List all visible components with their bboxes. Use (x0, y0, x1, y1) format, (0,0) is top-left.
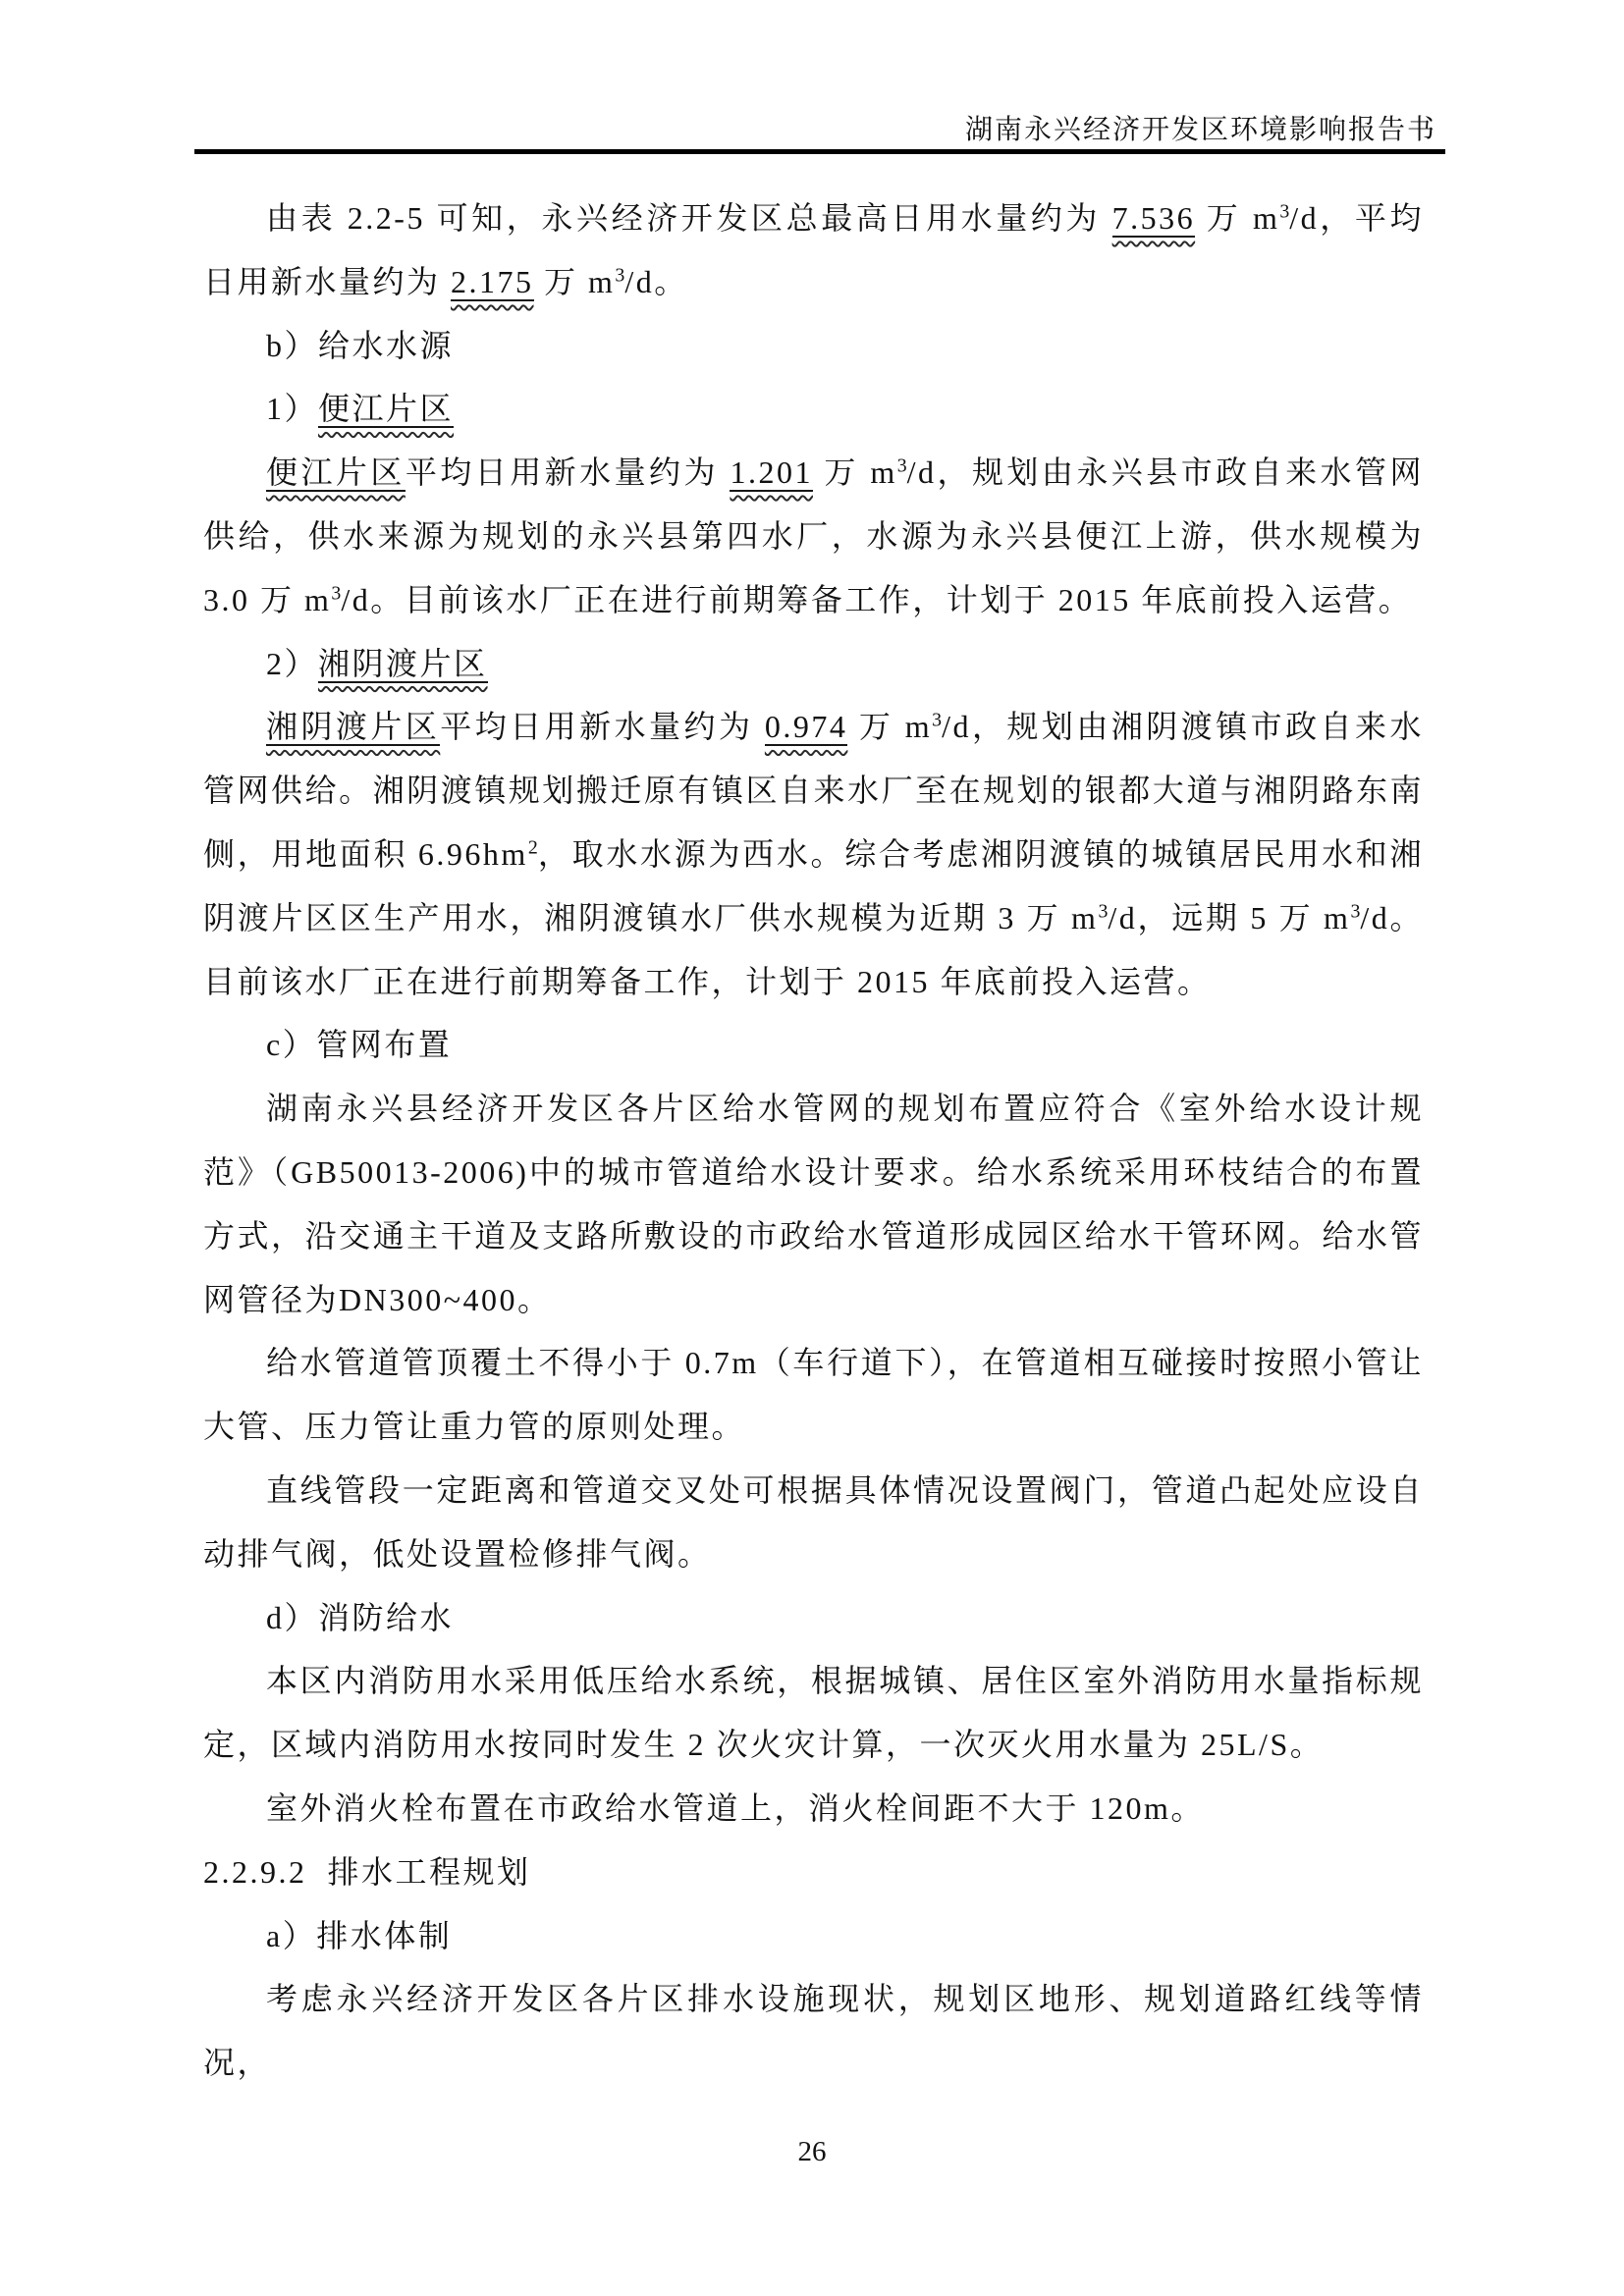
underlined-term: 便江片区 (318, 391, 454, 428)
sub-heading: d）消防给水 (203, 1586, 1424, 1650)
paragraph: 室外消火栓布置在市政给水管道上，消火栓间距不大于 120m。 (203, 1777, 1424, 1841)
text-run: 2.2.9.2 排水工程规划 (203, 1854, 531, 1890)
text-run: 由表 2.2-5 可知，永兴经济开发区总最高日用水量约为 (266, 200, 1112, 236)
superscript: 3 (331, 582, 341, 604)
superscript: 3 (897, 455, 907, 477)
paragraph: 湖南永兴县经济开发区各片区给水管网的规划布置应符合《室外给水设计规范》（GB50… (203, 1077, 1424, 1331)
sub-heading: c）管网布置 (203, 1013, 1424, 1077)
paragraph: 便江片区平均日用新水量约为 1.201 万 m3/d，规划由永兴县市政自来水管网… (203, 441, 1424, 631)
underlined-term: 2.175 (451, 264, 534, 301)
text-run: 1） (266, 391, 318, 426)
text-run: 平均日用新水量约为 (440, 709, 765, 744)
text-run: 本区内消防用水采用低压给水系统，根据城镇、居住区室外消防用水量指标规定，区域内消… (203, 1663, 1424, 1762)
underlined-term: 7.536 (1112, 200, 1196, 238)
text-run: 万 m (813, 454, 897, 490)
header-rule (194, 149, 1445, 154)
text-run: b）给水水源 (266, 328, 454, 363)
sub-heading: 1）便江片区 (203, 377, 1424, 441)
paragraph: 本区内消防用水采用低压给水系统，根据城镇、居住区室外消防用水量指标规定，区域内消… (203, 1649, 1424, 1777)
sub-heading: 2）湘阴渡片区 (203, 632, 1424, 696)
paragraph: 湘阴渡片区平均日用新水量约为 0.974 万 m3/d，规划由湘阴渡镇市政自来水… (203, 695, 1424, 1013)
text-run: /d。目前该水厂正在进行前期筹备工作，计划于 2015 年底前投入运营。 (341, 582, 1412, 617)
document-body: 由表 2.2-5 可知，永兴经济开发区总最高日用水量约为 7.536 万 m3/… (203, 187, 1424, 2095)
section-heading: 2.2.9.2 排水工程规划 (203, 1841, 1424, 1904)
superscript: 3 (1098, 900, 1108, 922)
underlined-term: 便江片区 (266, 454, 406, 492)
superscript: 3 (1350, 900, 1360, 922)
underlined-term: 湘阴渡片区 (318, 646, 488, 683)
text-run: /d，远期 5 万 m (1108, 900, 1350, 935)
text-run: /d。 (624, 264, 687, 299)
superscript: 2 (528, 836, 538, 858)
paragraph: 直线管段一定距离和管道交叉处可根据具体情况设置阀门，管道凸起处应设自动排气阀，低… (203, 1459, 1424, 1586)
text-run: 平均日用新水量约为 (406, 454, 731, 490)
paragraph: 由表 2.2-5 可知，永兴经济开发区总最高日用水量约为 7.536 万 m3/… (203, 187, 1424, 314)
superscript: 3 (932, 710, 942, 731)
paragraph: 给水管道管顶覆土不得小于 0.7m（车行道下），在管道相互碰接时按照小管让大管、… (203, 1331, 1424, 1459)
page-header: 湖南永兴经济开发区环境影响报告书 (0, 0, 1624, 157)
page-footer: 26 (0, 2136, 1624, 2168)
sub-heading: b）给水水源 (203, 314, 1424, 378)
paragraph: 考虑永兴经济开发区各片区排水设施现状，规划区地形、规划道路红线等情况， (203, 1967, 1424, 2095)
superscript: 3 (615, 264, 624, 286)
sub-heading: a）排水体制 (203, 1904, 1424, 1968)
text-run: 室外消火栓布置在市政给水管道上，消火栓间距不大于 120m。 (266, 1790, 1205, 1826)
text-run: 万 m (1195, 200, 1279, 236)
text-run: 湖南永兴县经济开发区各片区给水管网的规划布置应符合《室外给水设计规范》（GB50… (203, 1091, 1424, 1316)
underlined-term: 1.201 (730, 454, 813, 492)
text-run: 万 m (847, 709, 932, 744)
superscript: 3 (1279, 200, 1289, 222)
text-run: a）排水体制 (266, 1918, 452, 1953)
text-run: d）消防给水 (266, 1600, 454, 1635)
page-number: 26 (798, 2136, 827, 2167)
underlined-term: 湘阴渡片区 (266, 709, 440, 746)
page: { "header": { "title": "湖南永兴经济开发区环境影响报告书… (0, 0, 1624, 2296)
text-run: 考虑永兴经济开发区各片区排水设施现状，规划区地形、规划道路红线等情况， (203, 1981, 1424, 2080)
header-title: 湖南永兴经济开发区环境影响报告书 (965, 108, 1436, 147)
underlined-term: 0.974 (765, 709, 848, 746)
text-run: 直线管段一定距离和管道交叉处可根据具体情况设置阀门，管道凸起处应设自动排气阀，低… (203, 1472, 1424, 1572)
text-run: 给水管道管顶覆土不得小于 0.7m（车行道下），在管道相互碰接时按照小管让大管、… (203, 1345, 1424, 1444)
text-run: c）管网布置 (266, 1027, 452, 1062)
text-run: 2） (266, 646, 318, 681)
text-run: 万 m (534, 264, 616, 299)
